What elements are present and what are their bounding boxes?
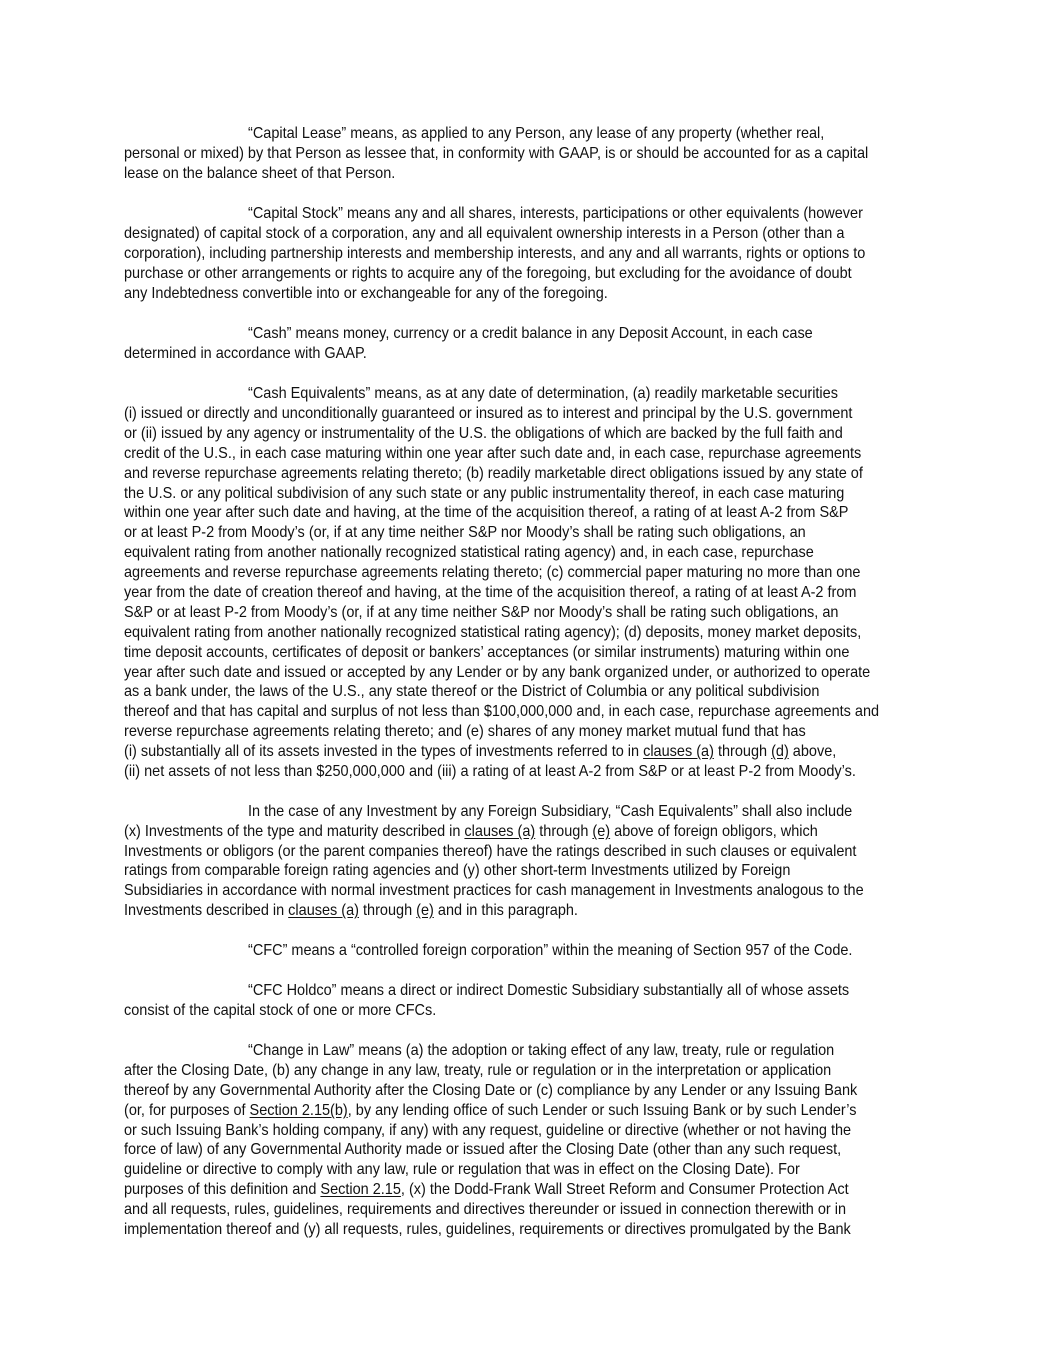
text-line: thereof and that has capital and surplus…: [124, 702, 879, 722]
text-line: year after such date and issued or accep…: [124, 663, 870, 683]
text-line: “CFC” means a “controlled foreign corpor…: [248, 941, 852, 961]
text-line: (or, for purposes of Section 2.15(b), by…: [124, 1101, 856, 1121]
text-line: implementation thereof and (y) all reque…: [124, 1220, 851, 1240]
text-line: (ii) net assets of not less than $250,00…: [124, 762, 856, 782]
text-line: force of law) of any Governmental Author…: [124, 1140, 841, 1160]
text: through: [359, 902, 416, 919]
text-line: thereof by any Governmental Authority af…: [124, 1081, 857, 1101]
text-line: designated) of capital stock of a corpor…: [124, 224, 844, 244]
text-line: year from the date of creation thereof a…: [124, 583, 856, 603]
text-line: guideline or directive to comply with an…: [124, 1160, 800, 1180]
text-line: Subsidiaries in accordance with normal i…: [124, 881, 864, 901]
text-line: In the case of any Investment by any For…: [248, 802, 852, 822]
text-line: “Change in Law” means (a) the adoption o…: [248, 1041, 834, 1061]
text: (x) Investments of the type and maturity…: [124, 823, 464, 840]
text-line: or at least P-2 from Moody’s (or, if at …: [124, 523, 806, 543]
text-line: as a bank under, the laws of the U.S., a…: [124, 682, 819, 702]
clauses-a-link[interactable]: clauses (a): [464, 823, 535, 840]
text-line: or such Issuing Bank’s holding company, …: [124, 1121, 851, 1141]
text-line: corporation), including partnership inte…: [124, 244, 865, 264]
text: (or, for purposes of: [124, 1102, 250, 1119]
text-line: (x) Investments of the type and maturity…: [124, 822, 818, 842]
clause-e-link[interactable]: (e): [416, 902, 434, 919]
text-line: agreements and reverse repurchase agreem…: [124, 563, 860, 583]
text-line: reverse repurchase agreements relating t…: [124, 722, 806, 742]
text-line: time deposit accounts, certificates of d…: [124, 643, 849, 663]
text-line: “Cash Equivalents” means, as at any date…: [248, 384, 838, 404]
text-line: “Capital Stock” means any and all shares…: [248, 204, 863, 224]
text-line: “Cash” means money, currency or a credit…: [248, 324, 813, 344]
text-line: S&P or at least P-2 from Moody’s (or, if…: [124, 603, 838, 623]
text: through: [714, 743, 771, 760]
text-line: (i) substantially all of its assets inve…: [124, 742, 836, 762]
text-line: ratings from comparable foreign rating a…: [124, 861, 790, 881]
text-line: any Indebtedness convertible into or exc…: [124, 284, 608, 304]
text: , by any lending office of such Lender o…: [348, 1102, 857, 1119]
text-line: equivalent rating from another nationall…: [124, 623, 861, 643]
text-line: (i) issued or directly and unconditional…: [124, 404, 852, 424]
clause-e-link[interactable]: (e): [592, 823, 610, 840]
text-line: Investments or obligors (or the parent c…: [124, 842, 856, 862]
text: purposes of this definition and: [124, 1181, 320, 1198]
section-2-15-link[interactable]: Section 2.15: [320, 1181, 401, 1198]
clauses-a-link[interactable]: clauses (a): [288, 902, 359, 919]
text-line: and reverse repurchase agreements relati…: [124, 464, 863, 484]
text-line: consist of the capital stock of one or m…: [124, 1001, 436, 1021]
text-line: lease on the balance sheet of that Perso…: [124, 164, 395, 184]
text-line: purposes of this definition and Section …: [124, 1180, 849, 1200]
text-line: credit of the U.S., in each case maturin…: [124, 444, 861, 464]
clause-d-link[interactable]: (d): [771, 743, 789, 760]
text-line: within one year after such date and havi…: [124, 503, 848, 523]
text: and in this paragraph.: [434, 902, 578, 919]
text-line: Investments described in clauses (a) thr…: [124, 901, 578, 921]
text-line: and all requests, rules, guidelines, req…: [124, 1200, 846, 1220]
text: above of foreign obligors, which: [610, 823, 818, 840]
text: through: [535, 823, 592, 840]
text: , (x) the Dodd-Frank Wall Street Reform …: [401, 1181, 849, 1198]
text-line: “CFC Holdco” means a direct or indirect …: [248, 981, 849, 1001]
text: Investments described in: [124, 902, 288, 919]
text: (i) substantially all of its assets inve…: [124, 743, 643, 760]
section-2-15-b-link[interactable]: Section 2.15(b): [250, 1102, 348, 1119]
text-line: personal or mixed) by that Person as les…: [124, 144, 868, 164]
clauses-a-link[interactable]: clauses (a): [643, 743, 714, 760]
text-line: purchase or other arrangements or rights…: [124, 264, 852, 284]
text-line: “Capital Lease” means, as applied to any…: [248, 124, 824, 144]
text-line: or (ii) issued by any agency or instrume…: [124, 424, 843, 444]
text-line: the U.S. or any political subdivision of…: [124, 484, 844, 504]
document-page: “Capital Lease” means, as applied to any…: [0, 0, 1055, 1365]
text-line: equivalent rating from another nationall…: [124, 543, 814, 563]
text-line: after the Closing Date, (b) any change i…: [124, 1061, 831, 1081]
text-line: determined in accordance with GAAP.: [124, 344, 367, 364]
text: above,: [789, 743, 836, 760]
